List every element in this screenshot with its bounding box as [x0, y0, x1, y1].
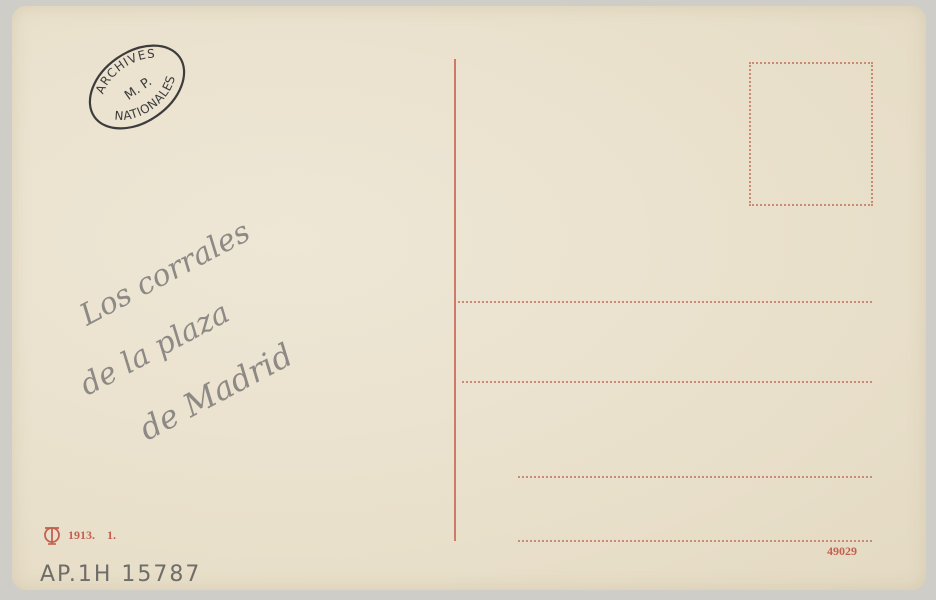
divider-line — [454, 59, 456, 541]
address-line-1 — [458, 301, 872, 303]
print-number: 1. — [107, 528, 116, 543]
archive-reference: AP.1H 15787 — [40, 562, 201, 587]
address-line-3 — [518, 476, 872, 478]
print-year: 1913. — [68, 528, 95, 543]
postcard-back: ARCHIVES NATIONALES M. P. Los corrales d… — [12, 6, 926, 590]
tc-monogram-icon — [42, 524, 62, 546]
archive-stamp: ARCHIVES NATIONALES M. P. — [84, 38, 190, 136]
printer-mark: 1913. 1. — [42, 524, 116, 546]
address-line-4 — [518, 540, 872, 542]
handwritten-caption: Los corrales de la plaza de Madrid — [67, 211, 367, 456]
serial-number: 49029 — [827, 544, 857, 559]
stamp-placement-box — [749, 62, 873, 206]
address-line-2 — [462, 381, 872, 383]
